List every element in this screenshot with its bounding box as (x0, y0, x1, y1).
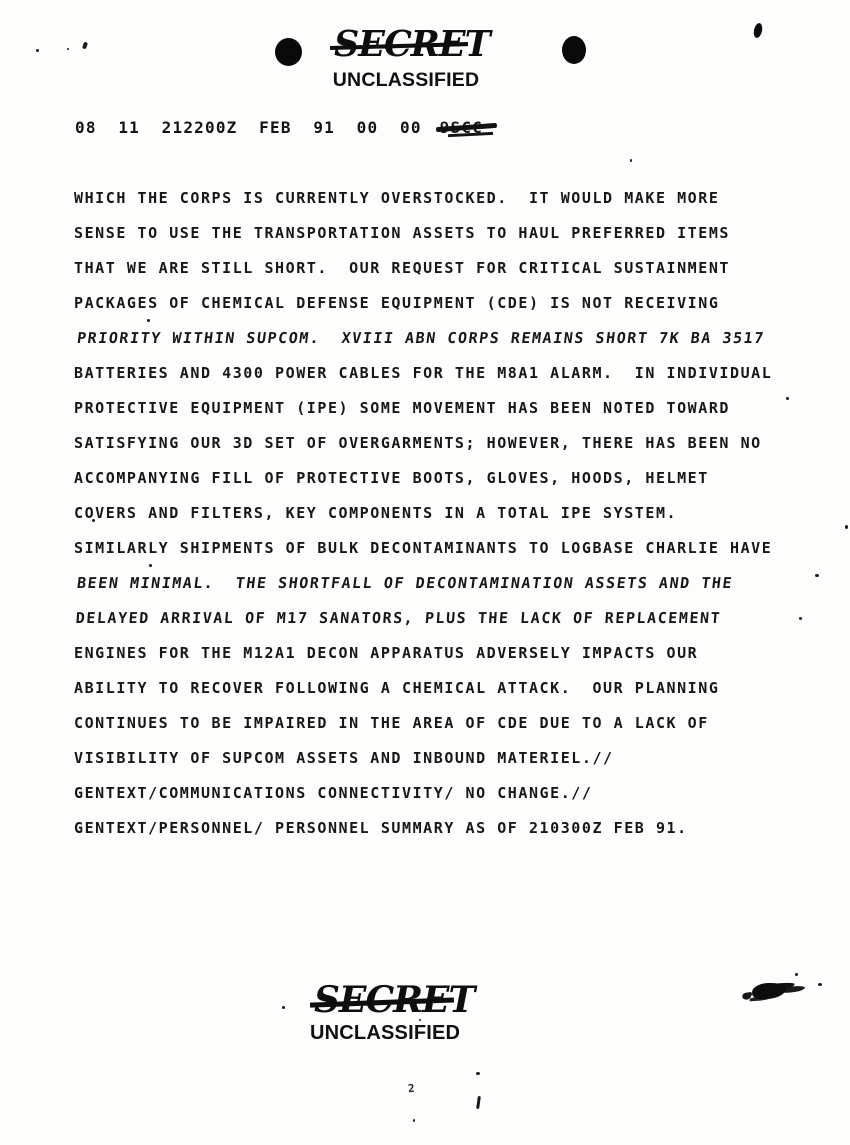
scan-speck (413, 1119, 415, 1122)
body-line: GENTEXT/PERSONNEL/ PERSONNEL SUMMARY AS … (74, 818, 834, 853)
body-line: VISIBILITY OF SUPCOM ASSETS AND INBOUND … (74, 748, 834, 783)
scan-speck (147, 319, 150, 322)
body-line: WHICH THE CORPS IS CURRENTLY OVERSTOCKED… (74, 188, 834, 223)
body-line: ENGINES FOR THE M12A1 DECON APPARATUS AD… (74, 643, 834, 678)
body-line: PROTECTIVE EQUIPMENT (IPE) SOME MOVEMENT… (74, 398, 834, 433)
scan-speck (67, 48, 69, 50)
scan-speck (476, 1096, 481, 1109)
scanned-document-page: SECRET UNCLASSIFIED 08 11 212200Z FEB 91… (0, 0, 850, 1145)
body-line: SATISFYING OUR 3D SET OF OVERGARMENTS; H… (74, 433, 834, 468)
body-line: BATTERIES AND 4300 POWER CABLES FOR THE … (74, 363, 834, 398)
unclassified-label-top: UNCLASSIFIED (332, 69, 480, 92)
ink-dot-right (562, 36, 586, 64)
ink-dot-left (275, 38, 302, 66)
scan-speck (818, 983, 822, 986)
body-line: PRIORITY WITHIN SUPCOM. XVIII ABN CORPS … (74, 328, 838, 363)
body-line: ABILITY TO RECOVER FOLLOWING A CHEMICAL … (74, 678, 834, 713)
body-line: THAT WE ARE STILL SHORT. OUR REQUEST FOR… (74, 258, 834, 293)
scan-speck (92, 519, 95, 522)
ink-mark-top-right (753, 22, 764, 38)
ink-smudge-bottom-right (751, 982, 786, 1000)
secret-stamp-top: SECRET (334, 27, 462, 63)
body-line: ACCOMPANYING FILL OF PROTECTIVE BOOTS, G… (74, 468, 834, 503)
body-line: SENSE TO USE THE TRANSPORTATION ASSETS T… (74, 223, 834, 258)
scan-speck (36, 49, 39, 52)
message-header-tokens: 08 11 212200Z FEB 91 00 00 (75, 118, 422, 137)
scan-speck (476, 1072, 480, 1075)
scan-speck (419, 1019, 421, 1021)
scan-speck (799, 617, 802, 620)
message-header-line: 08 11 212200Z FEB 91 00 009SCC (75, 118, 483, 137)
scan-speck (282, 1006, 285, 1009)
scan-speck (795, 973, 798, 976)
body-line: SIMILARLY SHIPMENTS OF BULK DECONTAMINAN… (74, 538, 834, 573)
message-body: WHICH THE CORPS IS CURRENTLY OVERSTOCKED… (74, 188, 834, 853)
body-line: PACKAGES OF CHEMICAL DEFENSE EQUIPMENT (… (74, 293, 834, 328)
secret-stamp-bottom: SECRET (314, 982, 448, 1019)
faint-page-number: 2 (407, 1082, 415, 1096)
unclassified-label-bottom: UNCLASSIFIED (310, 1022, 460, 1045)
scan-speck (82, 42, 88, 50)
body-line: BEEN MINIMAL. THE SHORTFALL OF DECONTAMI… (74, 573, 838, 608)
body-line: DELAYED ARRIVAL OF M17 SANATORS, PLUS TH… (74, 608, 836, 643)
scan-speck (630, 159, 632, 162)
scan-speck (786, 397, 789, 400)
body-line: CONTINUES TO BE IMPAIRED IN THE AREA OF … (74, 713, 834, 748)
struck-classification-code: 9SCC (440, 118, 483, 137)
body-line: GENTEXT/COMMUNICATIONS CONNECTIVITY/ NO … (74, 783, 834, 818)
scan-speck (748, 992, 752, 996)
body-line: COVERS AND FILTERS, KEY COMPONENTS IN A … (74, 503, 834, 538)
scan-speck (845, 525, 848, 529)
scan-speck (149, 564, 152, 567)
scan-speck (815, 574, 819, 577)
